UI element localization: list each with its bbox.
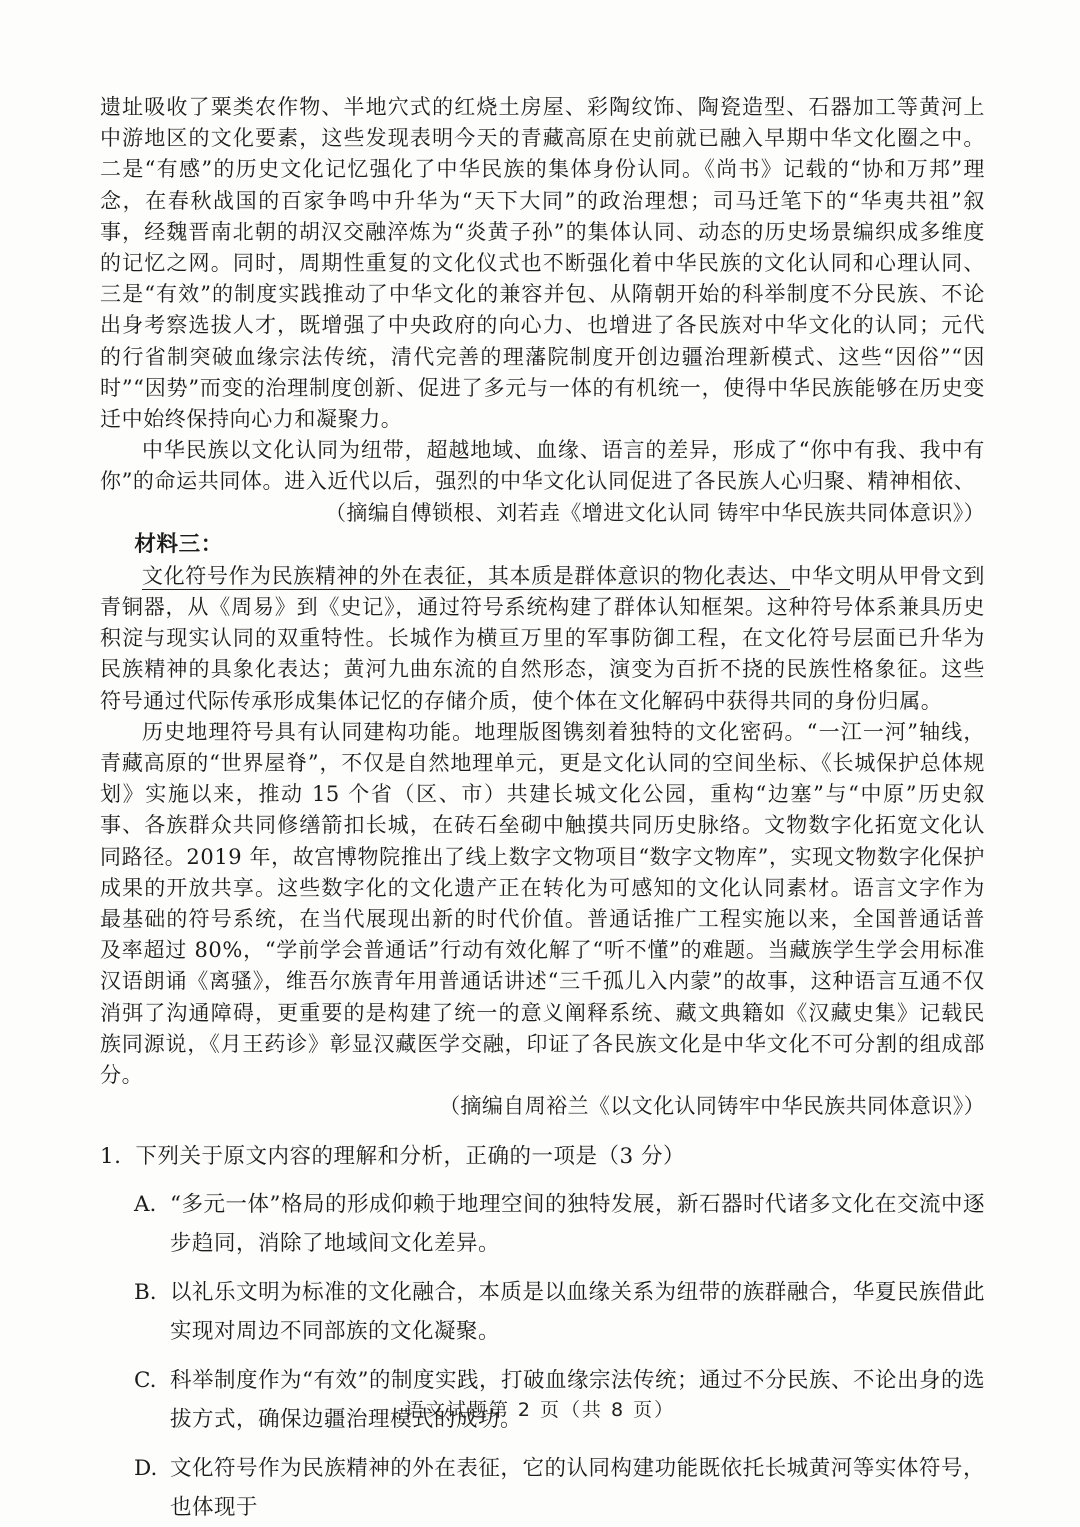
underlined-thesis-sentence: 文化符号作为民族精神的外在表征，其本质是群体意识的物化表达、	[142, 564, 790, 590]
question-1-option-d: D. 文化符号作为民族精神的外在表征，它的认同构建功能既依托长城黄河等实体符号，…	[100, 1449, 985, 1527]
question-1-option-b: B. 以礼乐文明为标准的文化融合，本质是以血缘关系为纽带的族群融合，华夏民族借此…	[100, 1273, 985, 1351]
material3-paragraph-2: 历史地理符号具有认同建构功能。地理版图镌刻着独特的文化密码。“一江一河”轴线，青…	[100, 717, 985, 1091]
option-d-text: 文化符号作为民族精神的外在表征，它的认同构建功能既依托长城黄河等实体符号，也体现…	[170, 1449, 985, 1527]
exam-page: 遗址吸收了粟类农作物、半地穴式的红烧土房屋、彩陶纹饰、陶瓷造型、石器加工等黄河上…	[0, 0, 1080, 1527]
option-b-text: 以礼乐文明为标准的文化融合，本质是以血缘关系为纽带的族群融合，华夏民族借此实现对…	[170, 1273, 985, 1351]
question-1-stem: 1.下列关于原文内容的理解和分析，正确的一项是（3 分）	[100, 1137, 985, 1177]
option-d-label: D.	[134, 1449, 170, 1488]
option-c-label: C.	[134, 1361, 170, 1400]
material2-paragraph-continuation: 遗址吸收了粟类农作物、半地穴式的红烧土房屋、彩陶纹饰、陶瓷造型、石器加工等黄河上…	[100, 92, 985, 435]
material3-attribution: （摘编自周裕兰《以文化认同铸牢中华民族共同体意识》）	[100, 1091, 985, 1122]
page-footer: 语文试题第 2 页（共 8 页）	[0, 1395, 1080, 1422]
question-1-stem-text: 下列关于原文内容的理解和分析，正确的一项是（3 分）	[136, 1144, 686, 1169]
question-1-number: 1.	[100, 1144, 122, 1169]
option-a-label: A.	[134, 1185, 170, 1224]
option-b-label: B.	[134, 1273, 170, 1312]
material3-paragraph-1: 文化符号作为民族精神的外在表征，其本质是群体意识的物化表达、中华文明从甲骨文到青…	[100, 561, 985, 717]
question-1: 1.下列关于原文内容的理解和分析，正确的一项是（3 分） A. “多元一体”格局…	[100, 1137, 985, 1527]
option-a-text: “多元一体”格局的形成仰赖于地理空间的独特发展，新石器时代诸多文化在交流中逐步趋…	[170, 1185, 985, 1263]
material3-heading: 材料三：	[100, 529, 985, 561]
question-1-option-a: A. “多元一体”格局的形成仰赖于地理空间的独特发展，新石器时代诸多文化在交流中…	[100, 1185, 985, 1263]
material2-paragraph-2: 中华民族以文化认同为纽带，超越地域、血缘、语言的差异，形成了“你中有我、我中有你…	[100, 435, 985, 497]
material2-attribution: （摘编自傅锁根、刘若垚《增进文化认同 铸牢中华民族共同体意识》）	[100, 498, 985, 529]
